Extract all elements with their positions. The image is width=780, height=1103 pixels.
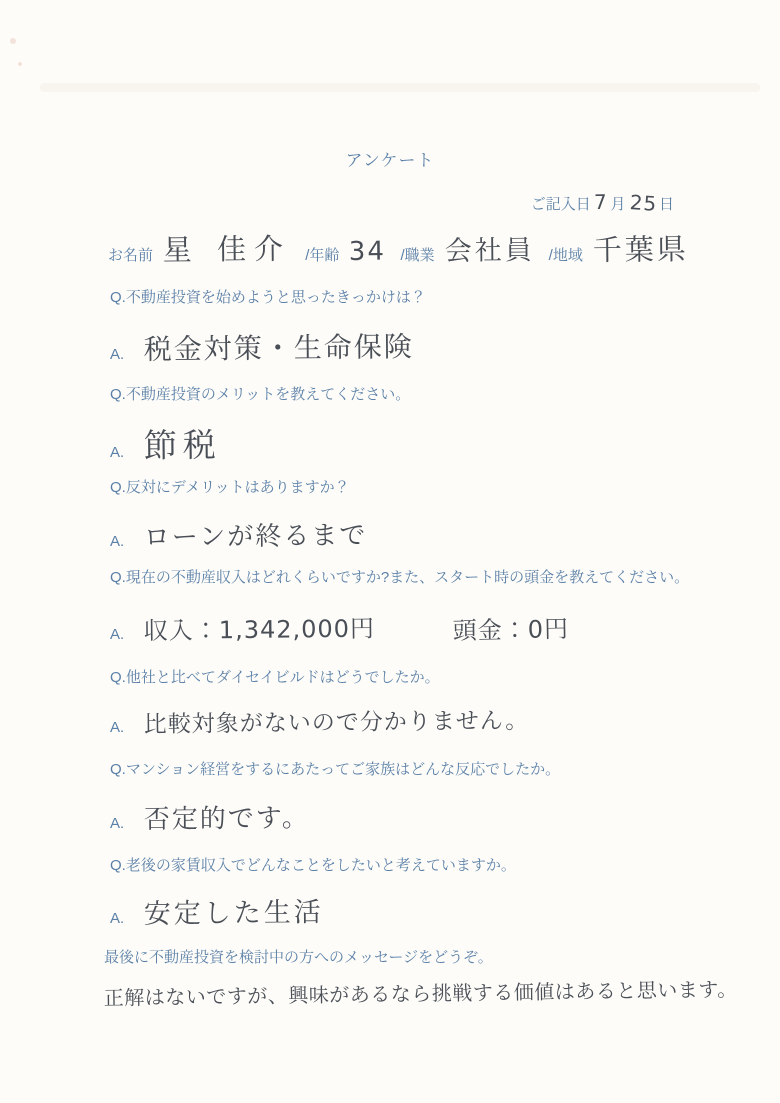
name-label: お名前 xyxy=(108,246,153,266)
answer-5-label: A. xyxy=(110,719,124,736)
date-line: ご記入日 7 月 25 日 xyxy=(531,190,674,214)
date-month-label: 月 xyxy=(611,193,626,214)
answer-2-label: A. xyxy=(110,444,124,461)
answer-5: A. 比較対象がないので分かりません。 xyxy=(110,706,730,739)
answer-7-label: A. xyxy=(110,910,124,927)
answer-4-downpayment-value: 頭金：0円 xyxy=(453,609,570,646)
region-value: 千葉県 xyxy=(592,227,688,269)
date-day-label: 日 xyxy=(659,193,674,214)
question-7: Q.老後の家賃収入でどんなことをしたいと考えていますか。 xyxy=(110,856,710,876)
answer-6-label: A. xyxy=(110,815,124,832)
date-month-value: 7 xyxy=(594,190,608,214)
scan-speck xyxy=(18,62,22,66)
answer-1: A. 税金対策・生命保険 xyxy=(110,328,730,368)
question-4: Q.現在の不動産収入はどれくらいですか?また、スタート時の頭金を教えてください。 xyxy=(110,568,710,588)
question-1: Q.不動産投資を始めようと思ったきっかけは？ xyxy=(110,288,710,308)
date-prefix-label: ご記入日 xyxy=(531,193,591,214)
age-value: 34 xyxy=(349,237,386,267)
scan-artifact-band xyxy=(40,83,760,92)
answer-6-value: 否定的です。 xyxy=(144,797,310,836)
answer-3-label: A. xyxy=(110,533,124,550)
question-6: Q.マンション経営をするにあたってご家族はどんな反応でしたか。 xyxy=(110,760,710,780)
region-label: /地域 xyxy=(549,246,583,266)
closing-answer-value: 正解はないですが、興味があるなら挑戦する価値はあると思います。 xyxy=(104,973,764,1011)
answer-4: A. 収入：1,342,000円 頭金：0円 xyxy=(110,611,730,646)
answer-7: A. 安定した生活 xyxy=(110,892,730,931)
job-value: 会社員 xyxy=(444,228,534,268)
answer-3: A. ローンが終るまで xyxy=(110,517,730,554)
age-label: /年齢 xyxy=(305,246,339,266)
answer-1-value: 税金対策・生命保険 xyxy=(144,325,414,368)
answer-7-value: 安定した生活 xyxy=(144,890,324,931)
answer-3-value: ローンが終るまで xyxy=(144,515,368,554)
answer-1-label: A. xyxy=(110,346,124,363)
profile-row: お名前 星 佳介 /年齢 34 /職業 会社員 /地域 千葉県 xyxy=(108,228,728,269)
answer-4-label: A. xyxy=(110,626,124,643)
name-value: 星 佳介 xyxy=(163,227,292,269)
answer-2-value: 節税 xyxy=(144,419,222,467)
scan-speck xyxy=(10,38,16,44)
job-label: /職業 xyxy=(401,246,435,266)
date-day-value: 25 xyxy=(629,190,658,216)
page-title: アンケート xyxy=(0,146,780,171)
question-2: Q.不動産投資のメリットを教えてください。 xyxy=(110,385,710,405)
answer-6: A. 否定的です。 xyxy=(110,799,730,836)
answer-2: A. 節税 xyxy=(110,420,730,467)
answer-5-value: 比較対象がないので分かりません。 xyxy=(144,702,530,739)
questionnaire-scan: アンケート ご記入日 7 月 25 日 お名前 星 佳介 /年齢 34 /職業 … xyxy=(0,0,780,1103)
question-3: Q.反対にデメリットはありますか？ xyxy=(110,478,710,498)
answer-4-income-value: 収入：1,342,000円 xyxy=(144,609,376,646)
closing-prompt: 最後に不動産投資を検討中の方へのメッセージをどうぞ。 xyxy=(104,948,744,968)
question-5: Q.他社と比べてダイセイビルドはどうでしたか。 xyxy=(110,668,710,688)
